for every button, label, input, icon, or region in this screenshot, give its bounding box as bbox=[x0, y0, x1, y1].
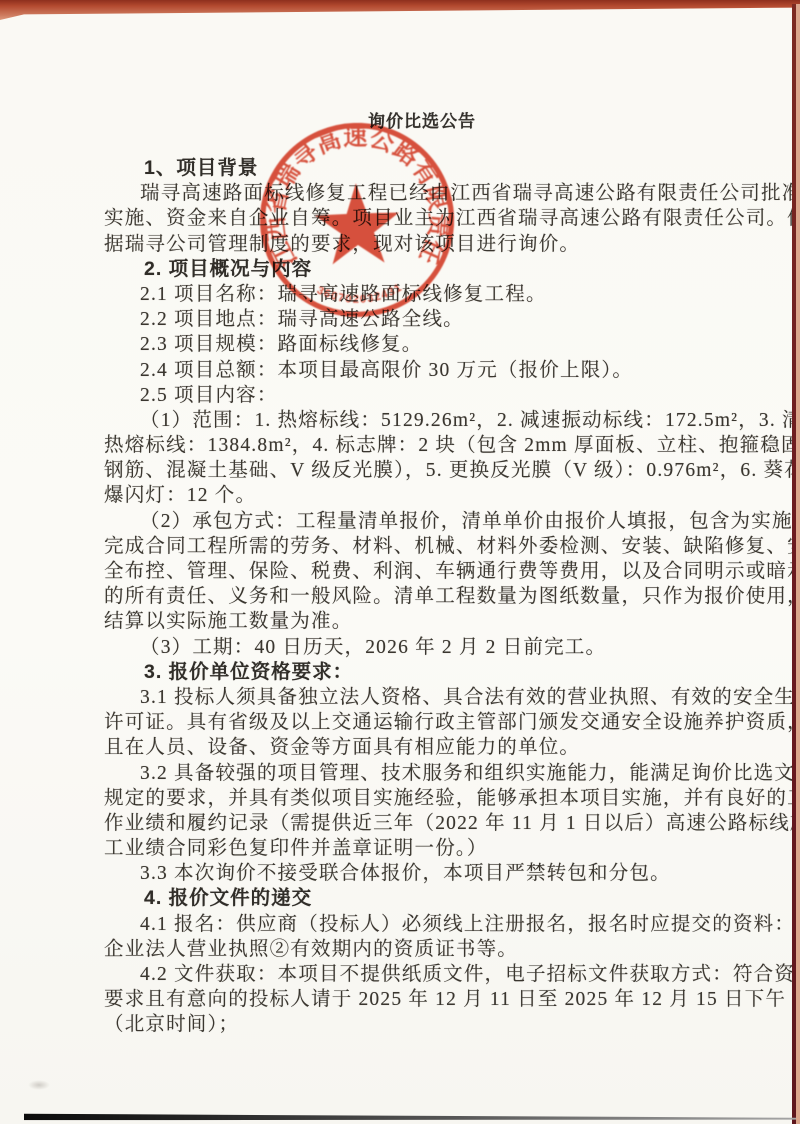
text-line: 4.1 报名：供应商（投标人）必须线上注册报名，报名时应提交的资料：① bbox=[104, 912, 694, 937]
text-line: 工业绩合同彩色复印件并盖章证明一份。） bbox=[104, 836, 694, 861]
text-line: 要求且有意向的投标人请于 2025 年 12 月 11 日至 2025 年 12… bbox=[104, 987, 694, 1012]
text-line: 作业绩和履约记录（需提供近三年（2022 年 11 月 1 日以后）高速公路标线… bbox=[104, 811, 694, 836]
text-line: （2）承包方式：工程量清单报价，清单单价由报价人填报，包含为实施和 bbox=[104, 509, 694, 534]
text-line: 热熔标线：1384.8m²，4. 标志牌：2 块（包含 2mm 厚面板、立柱、抱… bbox=[104, 433, 694, 458]
scan-right-edge-light bbox=[796, 4, 800, 1124]
text-line: 2.5 项目内容： bbox=[104, 383, 694, 408]
text-line: 钢筋、混凝土基础、V 级反光膜），5. 更换反光膜（V 级）：0.976m²，6… bbox=[104, 458, 694, 483]
scan-smudge bbox=[28, 1080, 50, 1090]
text-line: （3）工期：40 日历天，2026 年 2 月 2 日前完工。 bbox=[104, 635, 694, 660]
text-line: 3.3 本次询价不接受联合体报价，本项目严禁转包和分包。 bbox=[104, 861, 694, 886]
text-line: （北京时间）； bbox=[104, 1012, 694, 1037]
text-line: 结算以实际施工数量为准。 bbox=[104, 609, 694, 634]
text-line: （1）范围：1. 热熔标线：5129.26m²，2. 减速振动标线：172.5m… bbox=[104, 408, 694, 433]
scan-right-edge bbox=[792, 4, 796, 1124]
text-line: 全布控、管理、保险、税费、利润、车辆通行费等费用，以及合同明示或暗示 bbox=[104, 559, 694, 584]
text-line: 2.3 项目规模：路面标线修复。 bbox=[104, 332, 694, 357]
company-seal-stamp: 江西省瑞寻高速公路有限责任公司 3607020324316 bbox=[246, 108, 467, 327]
text-line: 爆闪灯：12 个。 bbox=[104, 483, 694, 508]
text-line: 3.1 投标人须具备独立法人资格、具合法有效的营业执照、有效的安全生产 bbox=[104, 685, 694, 710]
text-line: 许可证。具有省级及以上交通运输行政主管部门颁发交通安全设施养护资质， bbox=[104, 710, 694, 735]
text-line: 的所有责任、义务和一般风险。清单工程数量为图纸数量，只作为报价使用， bbox=[104, 584, 694, 609]
text-line: 规定的要求，并具有类似项目实施经验，能够承担本项目实施，并有良好的工 bbox=[104, 786, 694, 811]
section-heading: 4. 报价文件的递交 bbox=[104, 886, 694, 911]
text-line: 2.4 项目总额：本项目最高限价 30 万元（报价上限）。 bbox=[104, 358, 694, 383]
text-line: 且在人员、设备、资金等方面具有相应能力的单位。 bbox=[104, 735, 694, 760]
text-line: 4.2 文件获取：本项目不提供纸质文件，电子招标文件获取方式：符合资格 bbox=[104, 962, 694, 987]
star-icon bbox=[314, 182, 401, 265]
text-line: 完成合同工程所需的劳务、材料、机械、材料外委检测、安装、缺陷修复、安 bbox=[104, 534, 694, 559]
text-line: 企业法人营业执照②有效期内的资质证书等。 bbox=[104, 937, 694, 962]
paper-sheet: 询价比选公告 1、项目背景瑞寻高速路面标线修复工程已经由江西省瑞寻高速公路有限责… bbox=[0, 6, 796, 1124]
scanned-page: 询价比选公告 1、项目背景瑞寻高速路面标线修复工程已经由江西省瑞寻高速公路有限责… bbox=[0, 0, 800, 1124]
text-line: 3.2 具备较强的项目管理、技术服务和组织实施能力，能满足询价比选文件 bbox=[104, 761, 694, 786]
section-heading: 3. 报价单位资格要求： bbox=[104, 660, 694, 685]
